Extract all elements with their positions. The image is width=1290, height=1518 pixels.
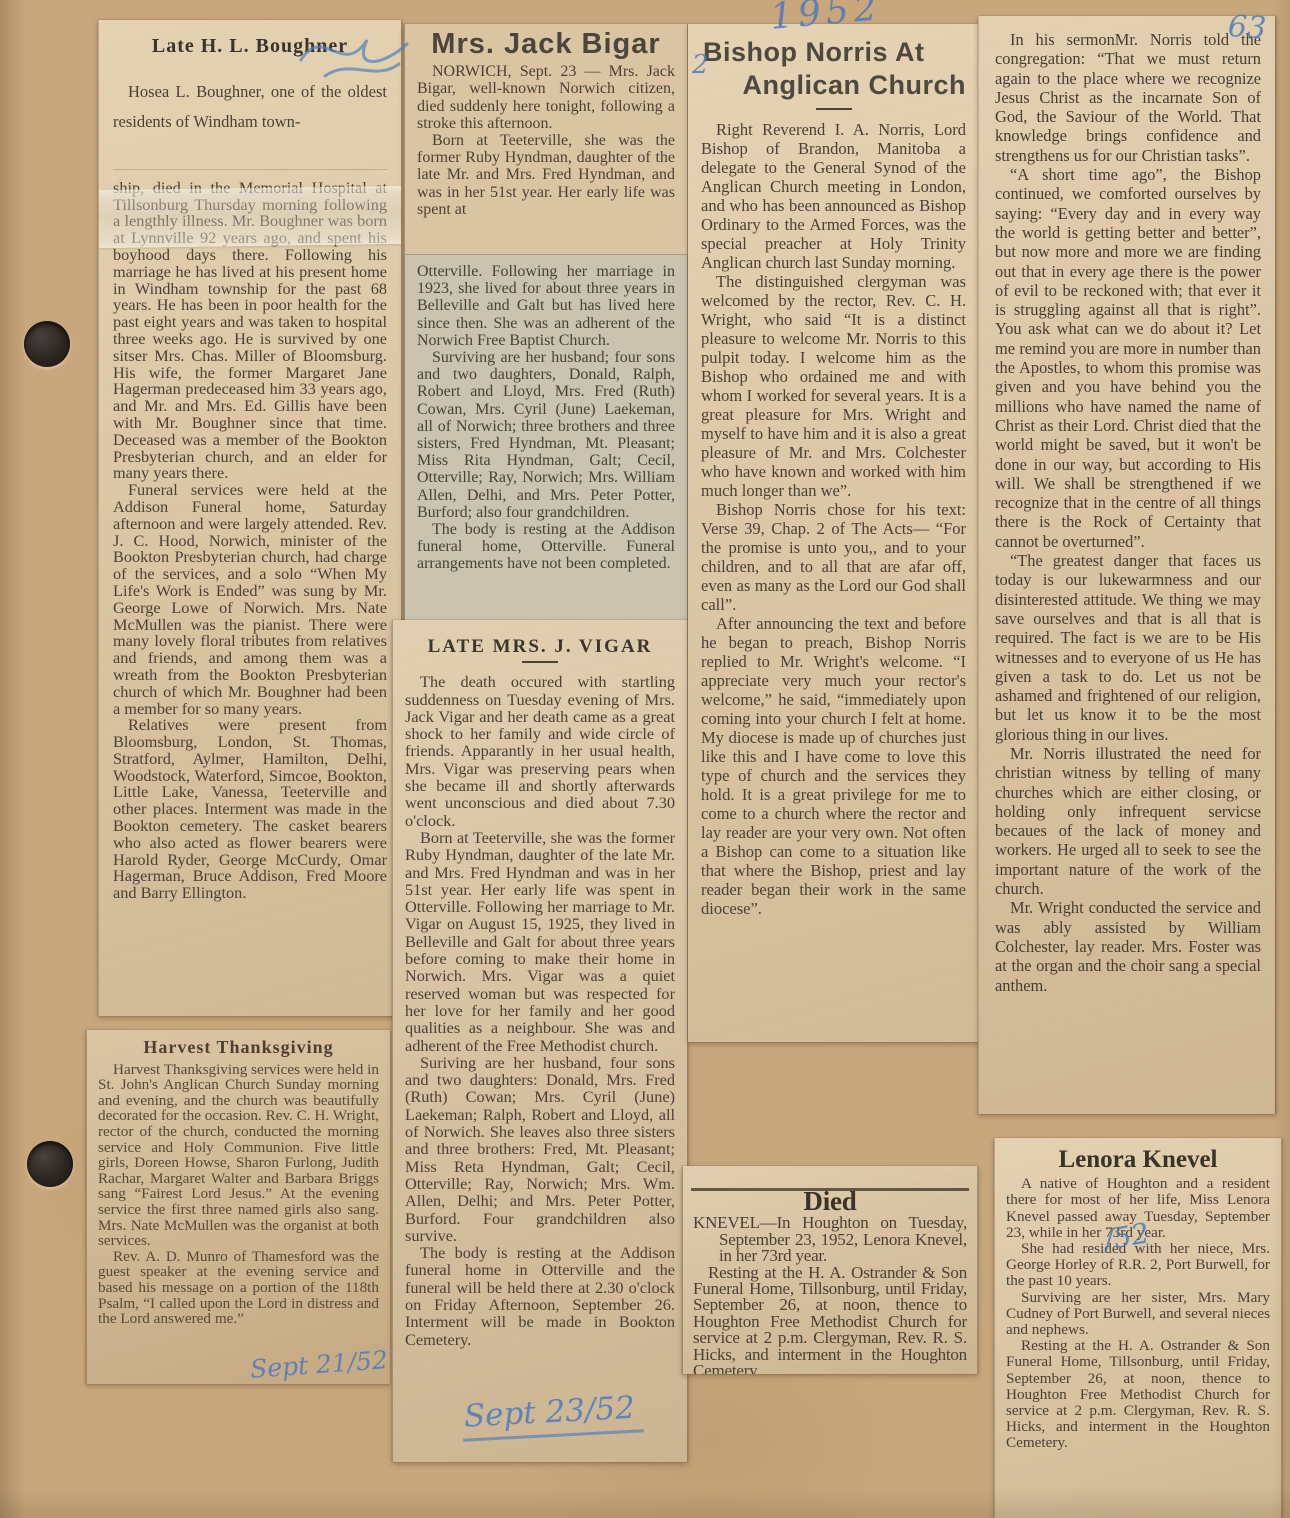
clipping-sermon-continuation: In his sermonMr. Norris told the congreg… — [978, 16, 1276, 1114]
clipping-knevel-obituary: Lenora Knevel A native of Houghton and a… — [994, 1138, 1282, 1518]
article-headline: Lenora Knevel — [1006, 1152, 1270, 1168]
headline-divider — [816, 108, 852, 110]
article-paragraph: Surviving are her husband; four sons and… — [417, 349, 675, 521]
article-paragraph: Right Reverend I. A. Norris, Lord Bishop… — [701, 120, 966, 272]
ink-scribble — [295, 16, 415, 91]
article-headline: Mrs. Jack Bigar — [417, 36, 675, 53]
clipping-fragment: Otterville. Following her marriage in 19… — [404, 254, 688, 624]
torn-edge — [113, 137, 387, 170]
article-paragraph: In his sermonMr. Norris told the congreg… — [995, 30, 1261, 165]
headline-divider — [522, 661, 558, 663]
article-headline: LATE MRS. J. VIGAR — [405, 638, 675, 655]
article-paragraph: Otterville. Following her marriage in 19… — [417, 263, 675, 349]
article-paragraph: “The greatest danger that faces us today… — [995, 551, 1261, 744]
article-headline: Died — [693, 1193, 967, 1209]
article-paragraph: The distinguished clergyman was welcomed… — [701, 272, 966, 500]
article-paragraph: Funeral services were held at the Addiso… — [113, 482, 387, 717]
article-paragraph: Resting at the H. A. Ostrander & Son Fun… — [1006, 1338, 1270, 1451]
article-paragraph: The body is resting at the Addison funer… — [417, 521, 675, 573]
article-paragraph: The death occured with startling suddenn… — [405, 673, 675, 829]
handwritten-page-number: 63 — [1227, 9, 1267, 46]
tape-strip — [98, 186, 402, 248]
article-paragraph: Born at Teeterville, she was the former … — [417, 132, 675, 218]
article-paragraph: Mr. Norris illustrated the need for chri… — [995, 744, 1261, 898]
clipping-fragment: Mrs. Jack Bigar NORWICH, Sept. 23 — Mrs.… — [404, 24, 688, 254]
article-paragraph: “A short time ago”, the Bishop continued… — [995, 165, 1261, 551]
punch-hole — [24, 321, 70, 367]
article-paragraph: After announcing the text and before he … — [701, 614, 966, 918]
clipping-bigar-obituary: Mrs. Jack Bigar NORWICH, Sept. 23 — Mrs.… — [404, 24, 688, 624]
article-paragraph: NORWICH, Sept. 23 — Mrs. Jack Bigar, wel… — [417, 63, 675, 132]
article-paragraph: Bishop Norris chose for his text: Verse … — [701, 500, 966, 614]
article-paragraph: Rev. A. D. Munro of Thamesford was the g… — [98, 1249, 379, 1327]
scrapbook-page: 1952 63 2 Sept 21/52 Sept 23/52 /52 Late… — [0, 0, 1290, 1518]
article-paragraph: Suriving are her husband, four sons and … — [405, 1054, 675, 1244]
article-paragraph: KNEVEL—In Houghton on Tuesday, September… — [693, 1215, 967, 1264]
article-paragraph: Harvest Thanksgiving services were held … — [98, 1062, 379, 1249]
article-headline: Harvest Thanksgiving — [98, 1040, 379, 1056]
clipping-harvest-thanksgiving: Harvest Thanksgiving Harvest Thanksgivin… — [86, 1030, 390, 1384]
clipping-death-notice-knevel: Died KNEVEL—In Houghton on Tuesday, Sept… — [682, 1166, 978, 1374]
article-paragraph: Mr. Wright conducted the service and was… — [995, 898, 1261, 994]
clipping-boughner-obituary: Late H. L. Boughner Hosea L. Boughner, o… — [98, 20, 402, 1016]
article-paragraph: Born at Teeterville, she was the former … — [405, 829, 675, 1054]
article-paragraph: Resting at the H. A. Ostrander & Son Fun… — [693, 1265, 967, 1374]
article-paragraph: Relatives were present from Bloomsburg, … — [113, 717, 387, 902]
handwritten-mark: 2 — [692, 50, 709, 80]
article-headline-line2: Anglican Church — [701, 69, 966, 102]
article-paragraph: The body is resting at the Addison funer… — [405, 1244, 675, 1348]
clipping-bishop-norris-article: Bishop Norris At Anglican Church Right R… — [688, 24, 980, 1042]
punch-hole — [27, 1141, 73, 1187]
article-headline-line1: Bishop Norris At — [701, 36, 966, 69]
article-paragraph: Surviving are her sister, Mrs. Mary Cudn… — [1006, 1290, 1270, 1339]
clipping-vigar-obituary: LATE MRS. J. VIGAR The death occured wit… — [392, 620, 688, 1462]
